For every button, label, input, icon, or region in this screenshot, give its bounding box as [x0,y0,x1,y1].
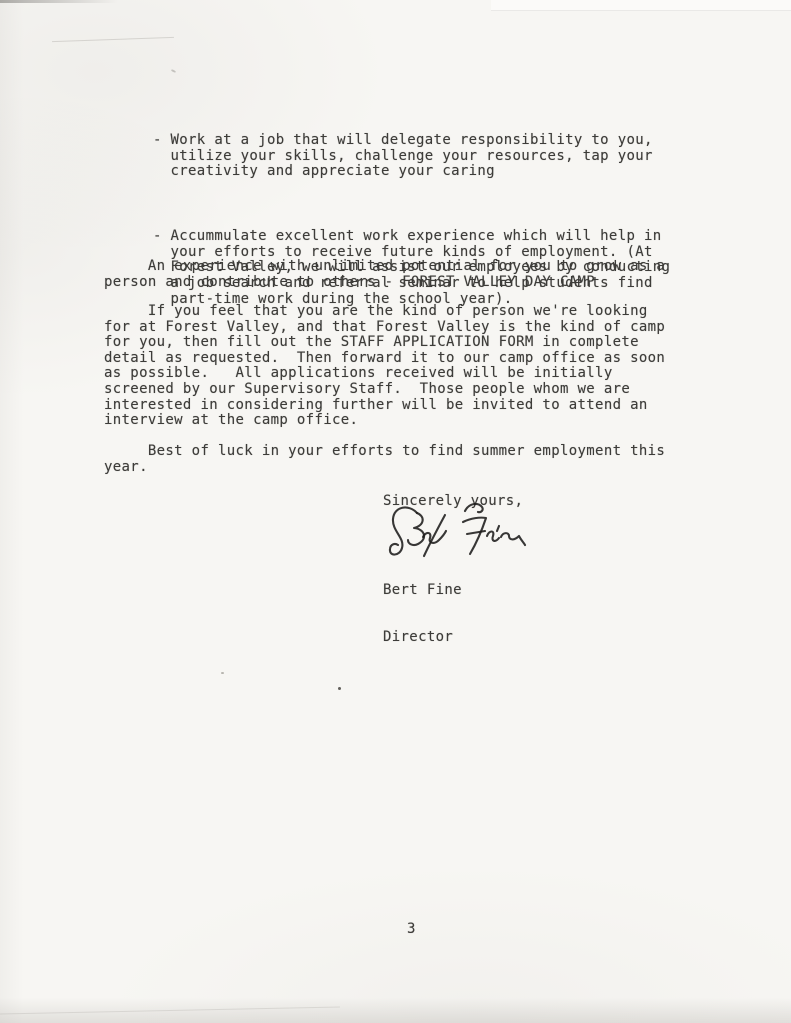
paragraph-unlimited-potential: An experience with unlimited potential f… [104,259,665,290]
paper-crease-bottom [0,1006,340,1014]
signature-stroke [390,507,417,554]
signature-stroke [501,533,525,545]
bullet-item-work: - Work at a job that will delegate respo… [153,133,670,180]
letter-page: - Work at a job that will delegate respo… [0,0,791,1023]
paragraph-application-instructions: If you feel that you are the kind of per… [104,304,665,429]
signature-stroke [497,526,499,531]
paper-edge-shadow [0,0,118,3]
paper-crease [52,37,174,42]
ink-speck [338,687,341,690]
signature-stroke [467,531,485,534]
signer-title: Director [383,630,462,646]
signature-stroke [463,518,486,554]
ink-speck [221,672,224,674]
signature-stroke [465,504,483,512]
page-number: 3 [407,922,416,938]
signature-stroke [487,532,499,541]
paragraph-best-of-luck: Best of luck in your efforts to find sum… [104,444,665,475]
signature-block: Bert Fine Director [383,552,462,677]
signature-stroke [408,513,424,545]
signer-name: Bert Fine [383,583,462,599]
bullet-text: Work at a job that will delegate respons… [171,133,653,180]
paper-edge-top [491,0,791,11]
bullet-marker: - [153,133,171,180]
ink-speck [171,69,176,73]
